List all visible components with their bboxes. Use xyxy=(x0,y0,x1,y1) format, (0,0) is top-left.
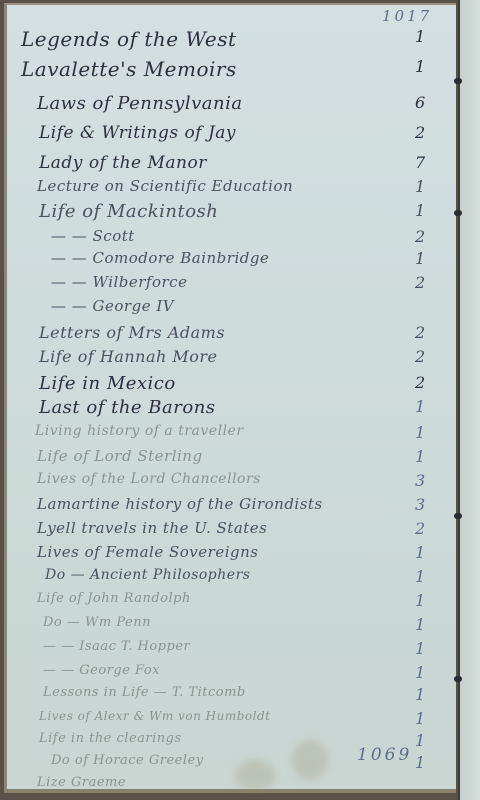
ledger-entry: Lady of the Manor7 xyxy=(7,153,447,179)
entry-count: 6 xyxy=(415,93,425,112)
entry-title: Lamartine history of the Girondists xyxy=(37,495,323,513)
entry-title: Lessons in Life — T. Titcomb xyxy=(43,685,246,700)
entry-count: 1 xyxy=(415,543,425,562)
entry-title: Last of the Barons xyxy=(39,397,216,418)
page-bottom-total: 1069 xyxy=(357,745,412,765)
entry-count: 1 xyxy=(415,447,425,466)
ledger-entry: Life of Hannah More2 xyxy=(7,347,447,373)
ledger-entry: Lavalette's Memoirs1 xyxy=(7,57,447,83)
ledger-entry: Lecture on Scientific Education1 xyxy=(7,177,447,203)
entry-count: 1 xyxy=(415,639,425,658)
entry-count: 1 xyxy=(415,615,425,634)
entry-title: Legends of the West xyxy=(21,27,237,51)
ledger-entry: Life in Mexico2 xyxy=(7,373,447,399)
entry-title: Do — Wm Penn xyxy=(43,615,151,630)
ledger-entry: Lamartine history of the Girondists3 xyxy=(7,495,447,521)
entry-count: 2 xyxy=(415,227,425,246)
entry-title: Lives of Alexr & Wm von Humboldt xyxy=(39,709,270,723)
ledger-entry: Lives of the Lord Chancellors3 xyxy=(7,471,447,497)
ledger-entry: Lyell travels in the U. States2 xyxy=(7,519,447,545)
ledger-page: 1017 Legends of the West1Lavalette's Mem… xyxy=(4,3,456,793)
entry-count: 1 xyxy=(415,731,425,750)
entry-count: 1 xyxy=(415,423,425,442)
ledger-entry: Lize Graeme xyxy=(7,775,447,800)
entry-count: 1 xyxy=(415,177,425,196)
ledger-entry: — — Comodore Bainbridge1 xyxy=(7,249,447,275)
entry-title: — — Scott xyxy=(51,227,135,245)
entry-title: Do of Horace Greeley xyxy=(51,753,204,768)
entry-title: Life of Mackintosh xyxy=(39,201,218,222)
ledger-entry: Lives of Female Sovereigns1 xyxy=(7,543,447,569)
entry-count: 3 xyxy=(415,495,425,514)
ledger-entry: Legends of the West1 xyxy=(7,27,447,53)
entry-title: Life & Writings of Jay xyxy=(39,123,236,143)
entry-title: Lives of the Lord Chancellors xyxy=(37,471,261,487)
entry-count: 7 xyxy=(415,153,425,172)
entry-title: — — Wilberforce xyxy=(51,273,187,291)
entry-count: 2 xyxy=(415,373,425,392)
entry-title: Do — Ancient Philosophers xyxy=(45,567,250,583)
entry-title: — — Isaac T. Hopper xyxy=(43,639,190,654)
entry-title: Lize Graeme xyxy=(37,775,126,790)
entry-title: Life in Mexico xyxy=(39,373,176,394)
entry-title: Life in the clearings xyxy=(39,731,182,746)
entry-title: Life of Hannah More xyxy=(39,347,218,366)
entry-count: 1 xyxy=(415,663,425,682)
entry-count: 1 xyxy=(415,709,425,728)
ledger-entry: Letters of Mrs Adams2 xyxy=(7,323,447,349)
ledger-entry: Life of Mackintosh1 xyxy=(7,201,447,227)
entry-title: Letters of Mrs Adams xyxy=(39,323,225,342)
ledger-entry: Lessons in Life — T. Titcomb1 xyxy=(7,685,447,711)
entry-count: 1 xyxy=(415,567,425,586)
entry-count: 1 xyxy=(415,397,425,416)
entry-count: 2 xyxy=(415,273,425,292)
ledger-entry: Living history of a traveller1 xyxy=(7,423,447,449)
entry-title: Life of Lord Sterling xyxy=(37,447,203,465)
entry-title: — — Comodore Bainbridge xyxy=(51,249,269,267)
entry-count: 1 xyxy=(415,685,425,704)
ledger-entry: — — Wilberforce2 xyxy=(7,273,447,299)
ledger-entry: — — Isaac T. Hopper1 xyxy=(7,639,447,665)
ledger-entry: Last of the Barons1 xyxy=(7,397,447,423)
entry-count: 1 xyxy=(415,753,425,772)
ledger-entry: Do — Ancient Philosophers1 xyxy=(7,567,447,593)
entry-count: 2 xyxy=(415,323,425,342)
ledger-entry: Do — Wm Penn1 xyxy=(7,615,447,641)
entry-title: — — George Fox xyxy=(43,663,160,678)
entry-count: 2 xyxy=(415,123,425,142)
page-top-number: 1017 xyxy=(382,7,432,25)
entry-count: 1 xyxy=(415,201,425,220)
entry-count: 3 xyxy=(415,471,425,490)
entry-count: 2 xyxy=(415,347,425,366)
ledger-entry: Life of Lord Sterling1 xyxy=(7,447,447,473)
entry-count: 1 xyxy=(415,249,425,268)
ledger-entry: Laws of Pennsylvania6 xyxy=(7,93,447,119)
entry-title: Lavalette's Memoirs xyxy=(21,57,237,81)
binding-stitch xyxy=(454,676,462,682)
binding-stitch xyxy=(454,210,462,216)
entry-title: Living history of a traveller xyxy=(35,423,244,439)
entry-count: 2 xyxy=(415,519,425,538)
entry-count: 1 xyxy=(415,27,425,46)
entry-title: Laws of Pennsylvania xyxy=(37,93,243,114)
ledger-entry: — — George IV xyxy=(7,297,447,323)
ledger-entry: Life of John Randolph1 xyxy=(7,591,447,617)
entry-title: Lecture on Scientific Education xyxy=(37,177,293,195)
entry-title: — — George IV xyxy=(51,297,174,315)
ledger-entry: Life & Writings of Jay2 xyxy=(7,123,447,149)
entry-count: 1 xyxy=(415,591,425,610)
entry-count: 1 xyxy=(415,57,425,76)
binding-stitch xyxy=(454,78,462,84)
entry-title: Lives of Female Sovereigns xyxy=(37,543,258,561)
entry-title: Lyell travels in the U. States xyxy=(37,519,267,537)
binding-stitch xyxy=(454,513,462,519)
entry-title: Lady of the Manor xyxy=(39,153,207,173)
entry-title: Life of John Randolph xyxy=(37,591,191,606)
